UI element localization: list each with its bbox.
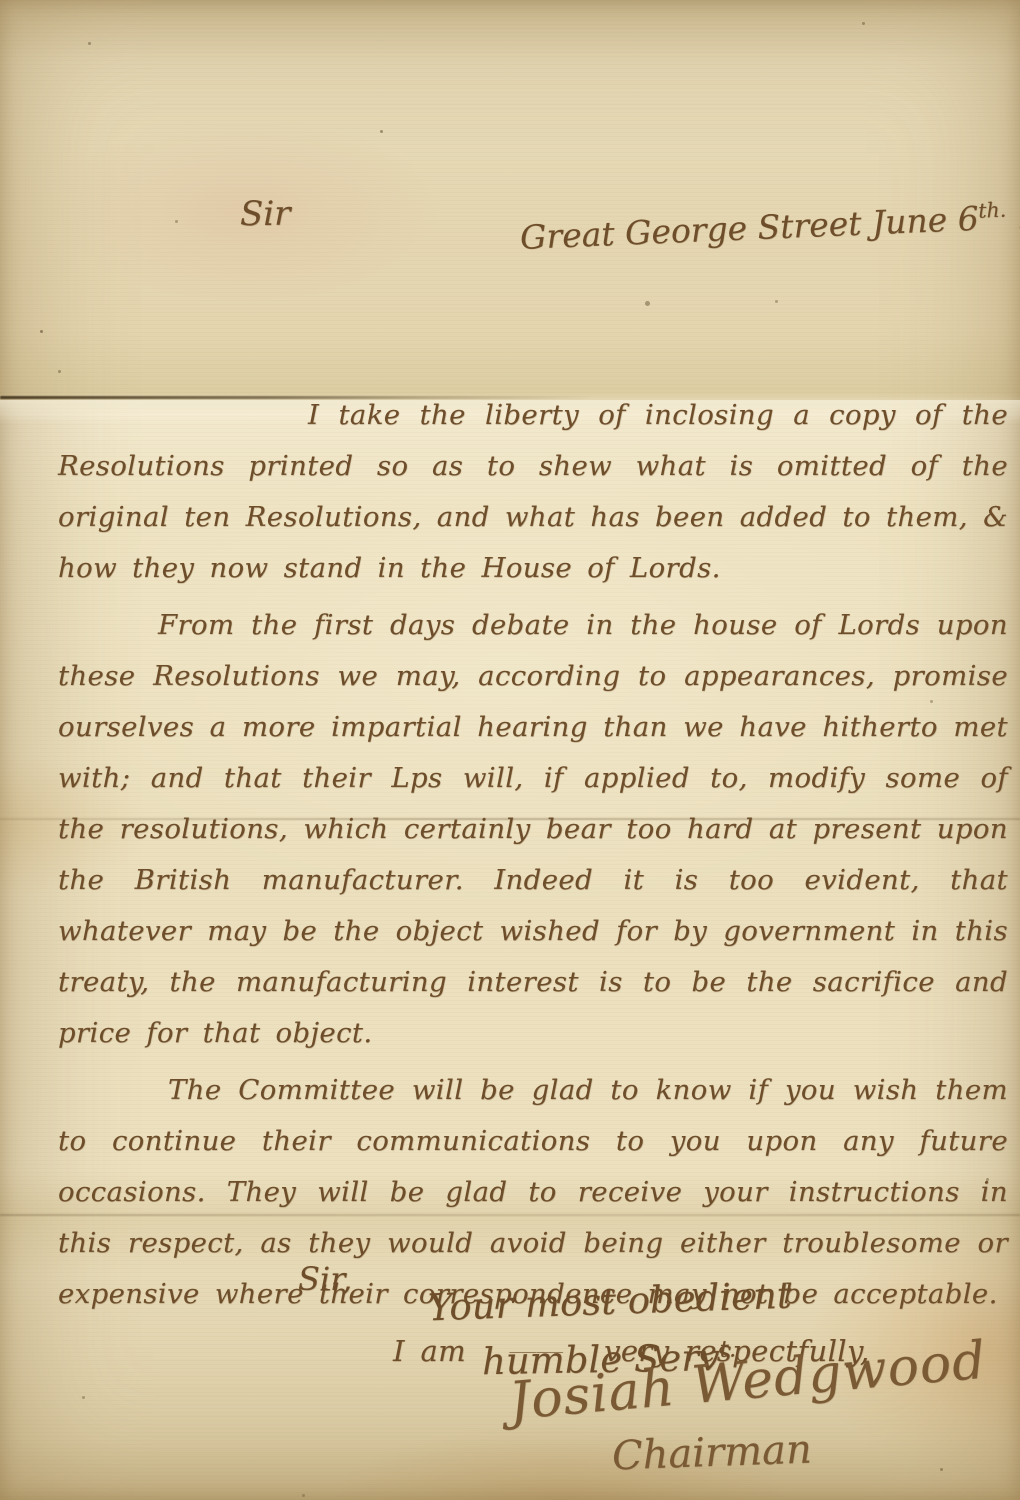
dateline: Great George Street June 6th. 1785 xyxy=(519,197,1010,256)
letter-page: Sir Great George Street June 6th. 1785 I… xyxy=(0,0,1020,1500)
salutation: Sir xyxy=(240,194,290,234)
dateline-ordinal: th. xyxy=(978,198,1007,223)
paper-specks xyxy=(40,330,43,333)
closing-i-am: I am xyxy=(393,1326,466,1377)
paragraph-1: I take the liberty of inclosing a copy o… xyxy=(58,390,1008,594)
dateline-place-date: Great George Street June 6 xyxy=(519,199,979,257)
dateline-year: 1785 xyxy=(1016,194,1020,236)
signoff-chairman: Chairman xyxy=(611,1427,812,1480)
letter-body: I take the liberty of inclosing a copy o… xyxy=(58,390,1008,1377)
paragraph-2: From the first days debate in the house … xyxy=(58,600,1008,1059)
signoff-salutation: Sir, xyxy=(298,1260,352,1298)
